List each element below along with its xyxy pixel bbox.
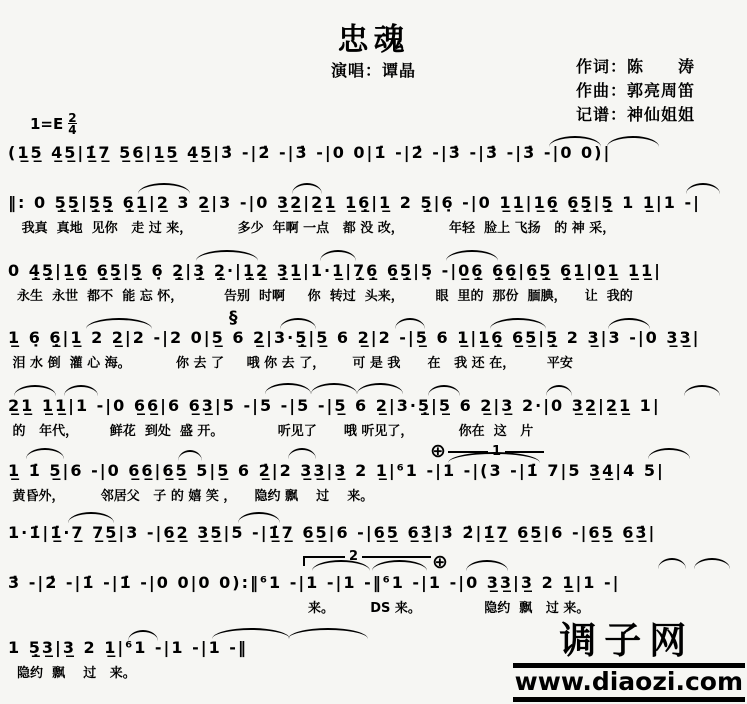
system-3: 0 4̲̣5̲̣|1̲6̲̣ 6̲̣5̲̣|5̲̣ 6̣ 2̲̣|3̲̣ 2̲̣… [8, 260, 745, 305]
slur-arc [658, 558, 686, 569]
notation-line: 1·1̇|1̲̇·7̲ 7̲5̲|3 -|6̲2̲ 3̲5̲|5 -|1̲̇7̲… [8, 522, 745, 544]
slur-arc [196, 250, 258, 261]
slur-arc [357, 383, 403, 394]
slur-arc [86, 318, 152, 329]
watermark: 调子网 www.diaozi.com [513, 621, 745, 702]
slur-arc [128, 630, 158, 641]
slur-arc [608, 318, 650, 329]
slur-arc [686, 183, 720, 194]
slur-arc [466, 560, 508, 571]
notation-line: 0 4̲̣5̲̣|1̲6̲̣ 6̲̣5̲̣|5̲̣ 6̣ 2̲̣|3̲̣ 2̲̣… [8, 260, 745, 282]
slur-arc [238, 512, 280, 523]
slur-arc [428, 385, 460, 396]
slur-arc [292, 183, 322, 194]
watermark-site-name: 调子网 [513, 621, 745, 661]
slur-arc [648, 448, 690, 459]
credits-block: 作词：陈 涛 作曲：郭亮周笛 记谱：神仙姐姐 [576, 55, 695, 127]
time-signature-denominator: 4 [68, 123, 76, 135]
watermark-site-url: www.diaozi.com [513, 663, 745, 702]
time-signature: 2 4 [68, 113, 76, 135]
slur-arc [694, 558, 730, 569]
notation-line: 2̲1̲ 1̲1̲|1 -|0 6̲6̲|6 6̲3̲|5 -|5 -|5 -|… [8, 395, 745, 417]
key-label: 1=E [30, 115, 63, 133]
time-signature-numerator: 2 [68, 113, 76, 123]
slur-arc [490, 318, 546, 329]
slur-arc [311, 383, 357, 394]
slur-arc [178, 450, 202, 461]
slur-arc [265, 383, 311, 394]
coda-icon: ⊕ [430, 443, 446, 459]
notation-line: 3̇ -|2̇ -|1̇ -|1̇ -|0 0|0 0):‖⁶1 -|1 -|1… [8, 572, 745, 594]
system-2: ‖: 0 5̲̣5̲̣|5̲̣5̲̣ 6̲̣1̲|2̲ 3 2̲|3 -|0 3… [8, 192, 745, 237]
slur-arc [26, 448, 64, 459]
composer-credit: 作曲：郭亮周笛 [576, 79, 695, 103]
slur-arc [138, 183, 190, 194]
slur-arc [64, 385, 98, 396]
system-4: 1̲ 6̣ 6̲̣|1̲ 2 2̲|2 -|2 0|5̲ 6 2̲|3·5̲̣|… [8, 327, 745, 372]
coda-icon: ⊕ [432, 554, 448, 570]
slur-arc [320, 250, 356, 261]
system-8: 3̇ -|2̇ -|1̇ -|1̇ -|0 0|0 0):‖⁶1 -|1 -|1… [8, 572, 745, 617]
slur-arc [395, 318, 425, 329]
lyrics-line: 黄昏外， 邻居父 子 的 嬉 笑 ， 隐约 飘 过 来。 [8, 489, 745, 505]
lyricist-credit: 作词：陈 涛 [576, 55, 695, 79]
notation-line: ‖: 0 5̲̣5̲̣|5̲̣5̲̣ 6̲̣1̲|2̲ 3 2̲|3 -|0 3… [8, 192, 745, 214]
slur-arc [212, 628, 290, 639]
notation-line: 1̲ 1̇ 5̲|6 -|0 6̲6̲|6̲5̲ 5|5̲ 6 2̲̇|2 3̲… [8, 460, 745, 482]
lyrics-line: 泪 水 倒 灌 心 海。 你 去 了 哦 你 去 了， 可 是 我 在 我 还 … [8, 356, 745, 372]
lyrics-line: 来。 DS 来。 隐约 飘 过 来。 [8, 601, 745, 617]
segno-icon: § [229, 308, 238, 328]
slur-arc [549, 136, 601, 147]
slur-arc [607, 136, 659, 147]
system-6: 1̲ 1̇ 5̲|6 -|0 6̲6̲|6̲5̲ 5|5̲ 6 2̲̇|2 3̲… [8, 460, 745, 505]
song-title: 忠魂 [0, 14, 747, 59]
system-5: 2̲1̲ 1̲1̲|1 -|0 6̲6̲|6 6̲3̲|5 -|5 -|5 -|… [8, 395, 745, 440]
slur-arc [288, 628, 368, 639]
slur-arc [280, 318, 316, 329]
slur-arc [448, 452, 540, 463]
slur-arc [288, 448, 316, 459]
slur-arc [14, 385, 56, 396]
slur-arc [684, 385, 720, 396]
slur-arc [446, 250, 498, 261]
slur-arc [546, 385, 572, 396]
lyrics-line: 的 年代， 鲜花 到处 盛 开。 听见了 哦 听见了， 你在 这 片 [8, 424, 745, 440]
notator-credit: 记谱：神仙姐姐 [576, 103, 695, 127]
lyrics-line: 永生 永世 都不 能 忘 怀， 告别 时啊 你 转过 头来， 眼 里的 那份 腼… [8, 289, 745, 305]
lyrics-line: 我真 真地 见你 走 过 来， 多少 年啊 一点 都 没 改， 年轻 脸上 飞扬… [8, 221, 745, 237]
key-signature: 1=E 2 4 [30, 113, 77, 135]
notation-line: 1̲ 6̣ 6̲̣|1̲ 2 2̲|2 -|2 0|5̲ 6 2̲|3·5̲̣|… [8, 327, 745, 349]
system-7: 1·1̇|1̲̇·7̲ 7̲5̲|3 -|6̲2̲ 3̲5̲|5 -|1̲̇7̲… [8, 522, 745, 544]
slur-arc [68, 512, 114, 523]
sheet-music-page: 忠魂 演唱：谭晶 作词：陈 涛 作曲：郭亮周笛 记谱：神仙姐姐 1=E 2 4 … [0, 0, 747, 704]
